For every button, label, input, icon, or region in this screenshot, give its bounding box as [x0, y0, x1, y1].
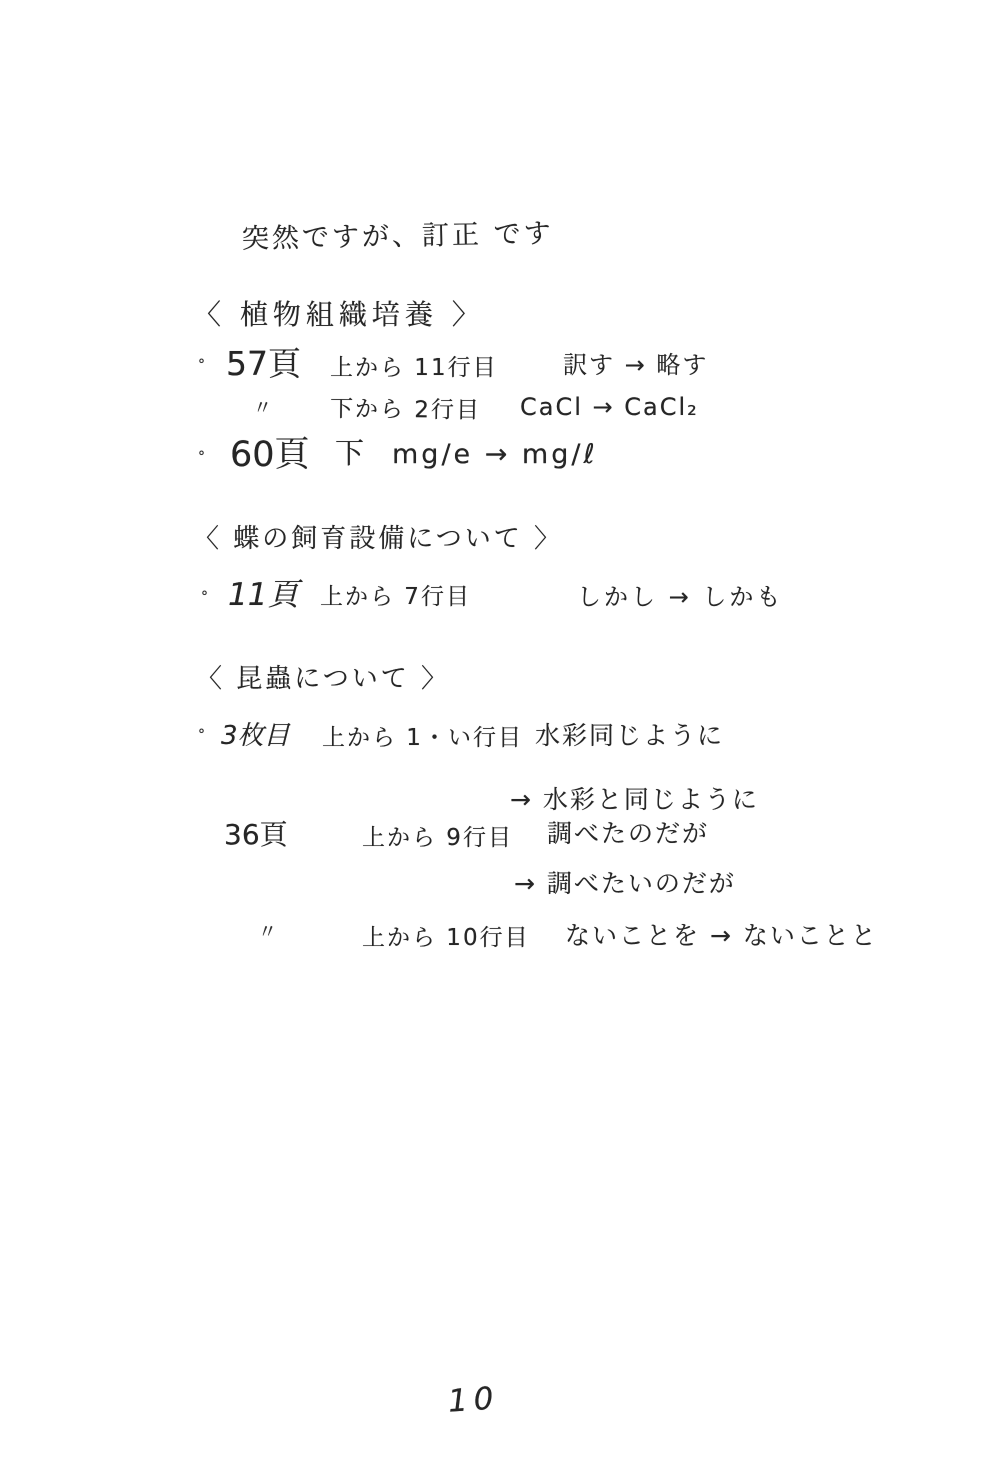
entry-correction: しかし → しかも: [577, 584, 783, 610]
entry-bullet: °: [198, 358, 205, 373]
scanned-errata-page: 突然ですが、訂正 です 〈 植物組織培養 〉 ° 57頁 上から 11行目 訳す…: [0, 0, 1000, 1461]
entry-page-ref: 36頁: [224, 820, 288, 851]
entry-line-ref: 下: [335, 438, 364, 470]
entry-correction: 訳す → 略す: [563, 352, 708, 378]
entry-page-ref: 57頁: [226, 346, 301, 382]
ditto-mark: 〃: [253, 398, 272, 419]
section-title-plant-tissue-culture: 〈 植物組織培養 〉: [193, 300, 485, 331]
entry-correction: ないことを → ないことと: [565, 922, 878, 950]
entry-sheet-ref: 3枚目: [221, 722, 290, 751]
entry-correction-continuation: → 水彩と同じように: [510, 786, 759, 814]
entry-line-ref: 下から 2行目: [330, 397, 481, 424]
entry-correction: CaCl → CaCl₂: [520, 394, 699, 420]
entry-line-ref: 上から 11行目: [330, 356, 498, 381]
entry-correction: mg/e → mg/ℓ: [392, 440, 598, 470]
ditto-mark: 〃: [258, 922, 277, 943]
entry-correction-continuation: → 調べたいのだが: [514, 870, 736, 898]
section-title-insects: 〈 昆蟲について 〉: [196, 665, 450, 694]
entry-bullet: °: [198, 728, 205, 743]
entry-correction: 調べたのだが: [547, 820, 709, 848]
entry-line-ref: 上から 1・い行目: [322, 726, 523, 751]
section-title-butterfly-breeding: 〈 蝶の飼育設備について 〉: [193, 525, 563, 554]
entry-line-ref: 上から 9行目: [362, 826, 513, 851]
entry-bullet: °: [201, 590, 208, 605]
entry-line-ref: 上から 7行目: [320, 585, 471, 610]
entry-correction: 水彩同じように: [535, 722, 724, 750]
entry-line-ref: 上から 10行目: [362, 926, 530, 951]
entry-bullet: °: [198, 450, 205, 465]
entry-page-ref: 60頁: [230, 436, 310, 475]
entry-page-ref: 11頁: [228, 578, 298, 612]
page-number: 10: [447, 1381, 501, 1419]
intro-text: 突然ですが、訂正 です: [242, 219, 554, 254]
